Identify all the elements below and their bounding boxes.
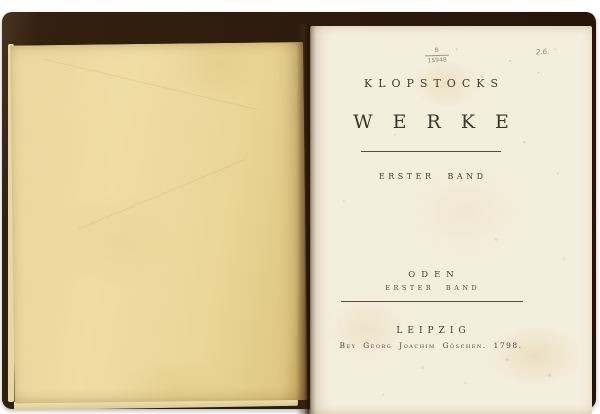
book-gutter-shadow [296, 24, 316, 414]
title-page: B 15948 2.6. KLOPSTOCKS WERKE ERSTER BAN… [310, 26, 592, 414]
book-cover: B 15948 2.6. KLOPSTOCKS WERKE ERSTER BAN… [2, 12, 596, 409]
imprint-city: LEIPZIG [310, 326, 552, 336]
printed-rule-upper [361, 151, 501, 152]
volume-line: ERSTER BAND [310, 172, 552, 181]
pencil-corner-note: 2.6. [536, 48, 550, 57]
printed-rule-lower [341, 301, 523, 302]
left-endpaper-page [10, 42, 307, 404]
book-title: WERKE [310, 111, 552, 133]
series-title: ODEN [310, 270, 552, 280]
imprint-publisher: Bey Georg Joachim Göschen. 1798. [310, 341, 552, 350]
pencil-shelfmark: B 15948 [415, 46, 460, 65]
photo-background: B 15948 2.6. KLOPSTOCKS WERKE ERSTER BAN… [0, 0, 600, 414]
pencil-shelfmark-top: B [415, 46, 459, 55]
paper-crease [79, 159, 245, 229]
pencil-shelfmark-bottom: 15948 [415, 56, 459, 65]
series-volume-line: ERSTER BAND [310, 284, 552, 292]
paper-crease [43, 59, 257, 111]
author-line: KLOPSTOCKS [310, 77, 552, 90]
